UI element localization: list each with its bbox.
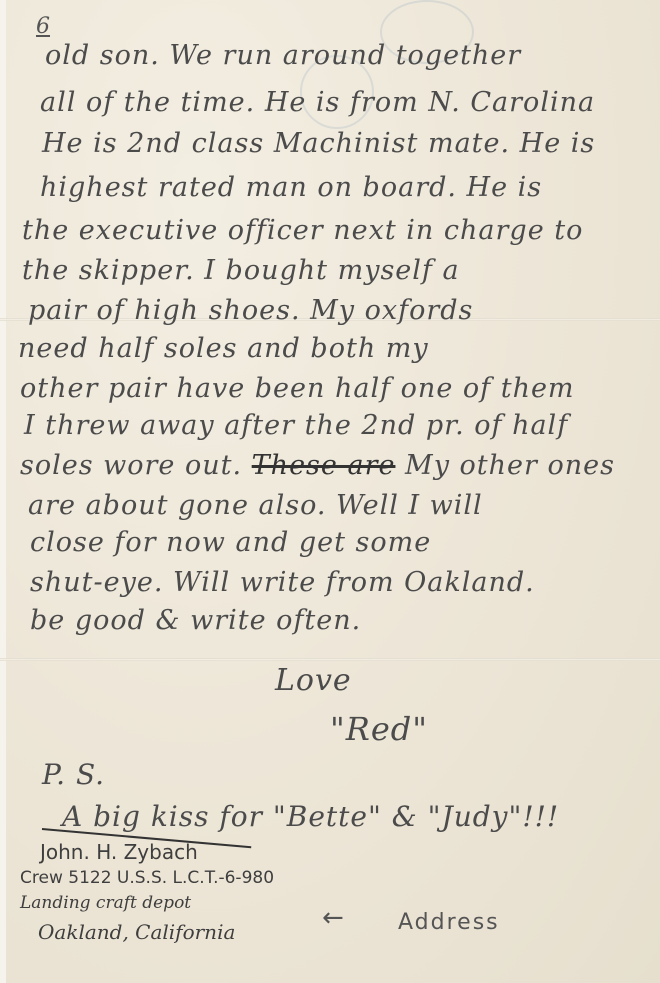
- signature: "Red": [330, 710, 428, 748]
- postscript-text: A big kiss for "Bette" & "Judy"!!!: [62, 800, 559, 833]
- letter-line: other pair have been half one of them: [20, 373, 575, 404]
- letter-line: He is 2nd class Machinist mate. He is: [42, 128, 595, 159]
- address-line: Crew 5122 U.S.S. L.C.T.-6-980: [20, 868, 274, 888]
- letter-line: highest rated man on board. He is: [40, 172, 542, 203]
- letter-line: the executive officer next in charge to: [22, 215, 583, 246]
- letter-line: I threw away after the 2nd pr. of half: [24, 410, 568, 441]
- letter-line: shut-eye. Will write from Oakland.: [30, 567, 535, 598]
- letter-line: soles wore out. These are My other ones: [20, 450, 615, 481]
- postscript-rest: for "Bette" & "Judy"!!!: [219, 800, 559, 833]
- letter-text: My other ones: [405, 450, 615, 481]
- letter-line: the skipper. I bought myself a: [22, 255, 460, 286]
- letter-line: be good & write often.: [30, 605, 361, 636]
- letter-line: close for now and get some: [30, 527, 431, 558]
- postscript-underlined: A big kiss: [62, 800, 209, 833]
- address-line: Landing craft depot: [20, 893, 191, 913]
- struck-text: These are: [252, 450, 396, 481]
- letter-page: 6 old son. We run around together all of…: [0, 0, 660, 983]
- fold-line: [0, 658, 660, 661]
- postscript-label: P. S.: [42, 758, 105, 791]
- letter-line: need half soles and both my: [18, 333, 429, 364]
- address-line: John. H. Zybach: [40, 840, 198, 864]
- letter-line: all of the time. He is from N. Carolina: [40, 87, 595, 118]
- arrow-left-icon: ←: [322, 903, 346, 933]
- letter-text: soles wore out.: [20, 450, 242, 481]
- letter-line: old son. We run around together: [45, 40, 521, 71]
- paper-edge: [0, 0, 6, 983]
- letter-line: pair of high shoes. My oxfords: [28, 295, 473, 326]
- letter-line: are about gone also. Well I will: [28, 490, 483, 521]
- closing: Love: [275, 663, 352, 698]
- address-line: Oakland, California: [38, 920, 235, 944]
- page-number: 6: [36, 14, 50, 39]
- address-label: Address: [398, 910, 500, 935]
